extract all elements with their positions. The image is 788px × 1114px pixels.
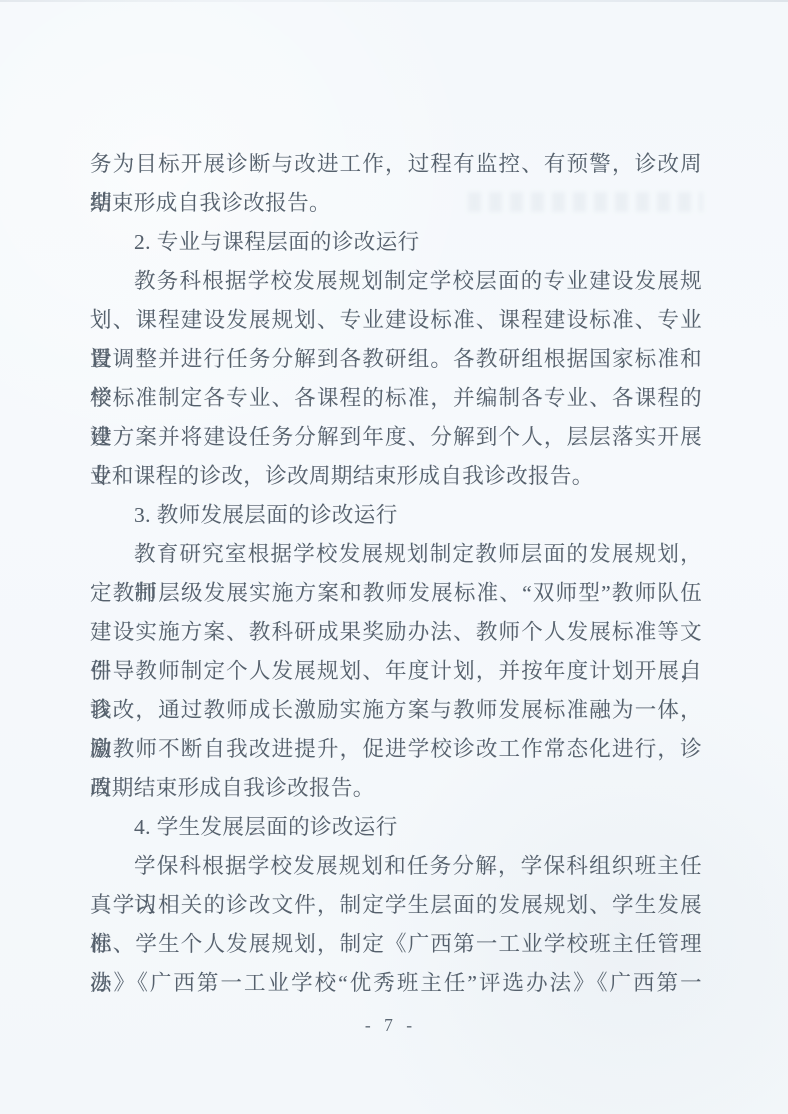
- text-line: 结束形成自我诊改报告。: [90, 184, 702, 223]
- text-line: 准、学生个人发展规划，制定《广西第一工业学校班主任管理办: [90, 925, 702, 964]
- scanned-document-page: 务为目标开展诊断与改进工作，过程有监控、有预警，诊改周期 结束形成自我诊改报告。…: [0, 0, 788, 1114]
- text-line: 定教师层级发展实施方案和教师发展标准、“双师型”教师队伍: [90, 574, 702, 613]
- text-line: 励教师不断自我改进提升，促进学校诊改工作常态化进行，诊改: [90, 730, 702, 769]
- text-line: 校标准制定各专业、各课程的标准，并编制各专业、各课程的建: [90, 379, 702, 418]
- text-line: 建设实施方案、教科研成果奖励办法、教师个人发展标准等文件，: [90, 613, 702, 652]
- text-line: 设方案并将建设任务分解到年度、分解到个人，层层落实开展专: [90, 418, 702, 457]
- text-line: 法》《广西第一工业学校“优秀班主任”评选办法》《广西第一: [90, 964, 702, 1003]
- text-line: 教务科根据学校发展规划制定学校层面的专业建设发展规: [90, 262, 702, 301]
- text-line: 置调整并进行任务分解到各教研组。各教研组根据国家标准和学: [90, 340, 702, 379]
- text-line: 划、课程建设发展规划、专业建设标准、课程建设标准、专业设: [90, 301, 702, 340]
- document-body: 务为目标开展诊断与改进工作，过程有监控、有预警，诊改周期 结束形成自我诊改报告。…: [90, 145, 702, 1003]
- text-line: 周期结束形成自我诊改报告。: [90, 769, 702, 808]
- text-line: 教育研究室根据学校发展规划制定教师层面的发展规划，制: [90, 535, 702, 574]
- text-line: 业和课程的诊改，诊改周期结束形成自我诊改报告。: [90, 457, 702, 496]
- page-number: - 7 -: [0, 1012, 778, 1038]
- text-line: 诊改，通过教师成长激励实施方案与教师发展标准融为一体，激: [90, 691, 702, 730]
- section-heading: 2. 专业与课程层面的诊改运行: [90, 223, 702, 262]
- section-heading: 3. 教师发展层面的诊改运行: [90, 496, 702, 535]
- text-line: 引导教师制定个人发展规划、年度计划，并按年度计划开展自我: [90, 652, 702, 691]
- text-line: 学保科根据学校发展规划和任务分解，学保科组织班主任认: [90, 847, 702, 886]
- text-line: 真学习相关的诊改文件，制定学生层面的发展规划、学生发展标: [90, 886, 702, 925]
- section-heading: 4. 学生发展层面的诊改运行: [90, 808, 702, 847]
- text-line: 务为目标开展诊断与改进工作，过程有监控、有预警，诊改周期: [90, 145, 702, 184]
